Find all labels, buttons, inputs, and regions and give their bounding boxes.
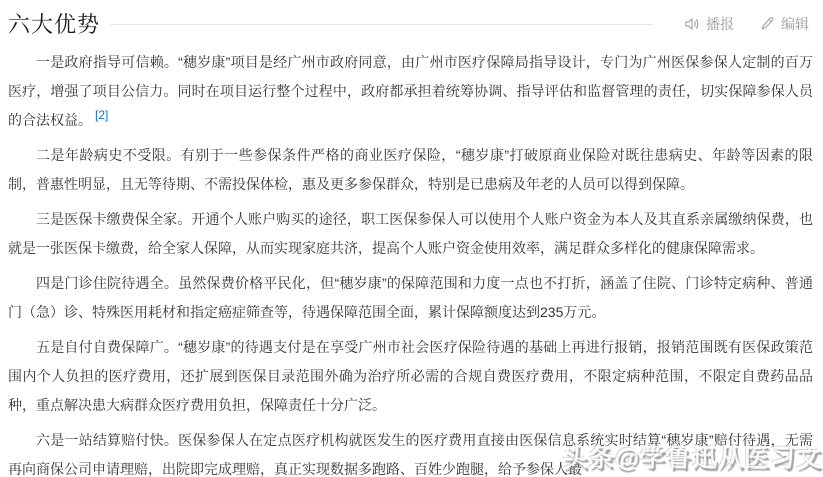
paragraph-text: 一是政府指导可信赖。“穗岁康”项目是经广州市政府同意，由广州市医疗保障局指导设计… xyxy=(8,54,813,128)
paragraph-advantage-5: 五是自付自费保障广。“穗岁康”的待遇支付是在享受广州市社会医疗保险待遇的基础上再… xyxy=(8,333,813,420)
broadcast-label: 播报 xyxy=(706,14,734,34)
pencil-icon xyxy=(760,16,775,31)
paragraph-text: 三是医保卡缴费保全家。开通个人账户购买的途径，职工医保参保人可以使用个人账户资金… xyxy=(8,211,813,256)
article-page: 六大优势 播报 xyxy=(0,0,823,477)
header-divider xyxy=(110,24,654,25)
paragraph-text: 五是自付自费保障广。“穗岁康”的待遇支付是在享受广州市社会医疗保险待遇的基础上再… xyxy=(8,339,813,413)
edit-label: 编辑 xyxy=(781,14,809,34)
paragraph-advantage-2: 二是年龄病史不受限。有别于一些参保条件严格的商业医疗保险，“穗岁康”打破原商业保… xyxy=(8,141,813,199)
paragraph-advantage-3: 三是医保卡缴费保全家。开通个人账户购买的途径，职工医保参保人可以使用个人账户资金… xyxy=(8,205,813,263)
paragraph-advantage-6: 六是一站结算赔付快。医保参保人在定点医疗机构就医发生的医疗费用直接由医保信息系统… xyxy=(8,426,813,477)
reference-link-2[interactable]: [2] xyxy=(95,108,108,122)
section-title: 六大优势 xyxy=(8,8,100,39)
speaker-icon xyxy=(684,16,700,32)
paragraph-text: 四是门诊住院待遇全。虽然保费价格平民化，但“穗岁康”的保障范围和力度一点也不打折… xyxy=(8,275,813,320)
edit-button[interactable]: 编辑 xyxy=(760,14,809,34)
header-actions: 播报 编辑 xyxy=(684,14,809,34)
paragraph-text: 二是年龄病史不受限。有别于一些参保条件严格的商业医疗保险，“穗岁康”打破原商业保… xyxy=(8,147,813,192)
paragraph-text: 六是一站结算赔付快。医保参保人在定点医疗机构就医发生的医疗费用直接由医保信息系统… xyxy=(8,432,813,477)
paragraph-advantage-1: 一是政府指导可信赖。“穗岁康”项目是经广州市政府同意，由广州市医疗保障局指导设计… xyxy=(8,48,813,135)
paragraph-advantage-4: 四是门诊住院待遇全。虽然保费价格平民化，但“穗岁康”的保障范围和力度一点也不打折… xyxy=(8,269,813,327)
section-header: 六大优势 播报 xyxy=(0,0,823,38)
broadcast-button[interactable]: 播报 xyxy=(684,14,734,34)
article-content: 一是政府指导可信赖。“穗岁康”项目是经广州市政府同意，由广州市医疗保障局指导设计… xyxy=(0,38,823,477)
